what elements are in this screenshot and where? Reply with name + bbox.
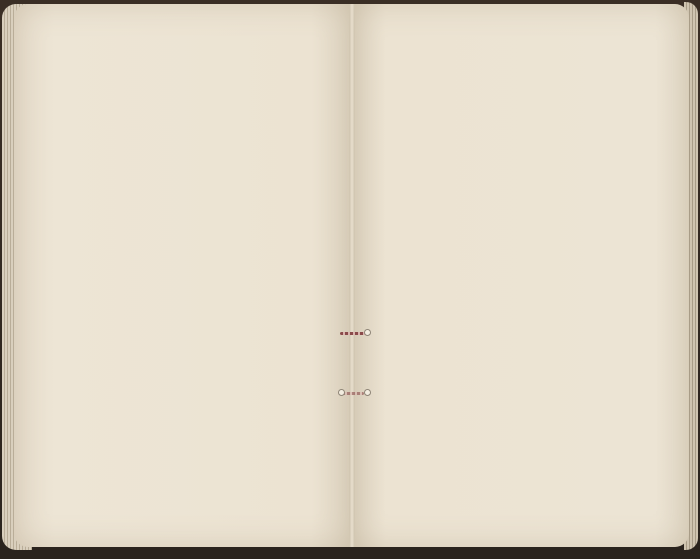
left-page <box>14 4 352 547</box>
binding-hole <box>364 389 371 396</box>
right-page <box>352 4 689 547</box>
binding-thread <box>342 392 364 395</box>
book-gutter <box>349 4 355 547</box>
binding-hole <box>338 389 345 396</box>
binding-hole <box>364 329 371 336</box>
binding-thread <box>340 332 366 335</box>
